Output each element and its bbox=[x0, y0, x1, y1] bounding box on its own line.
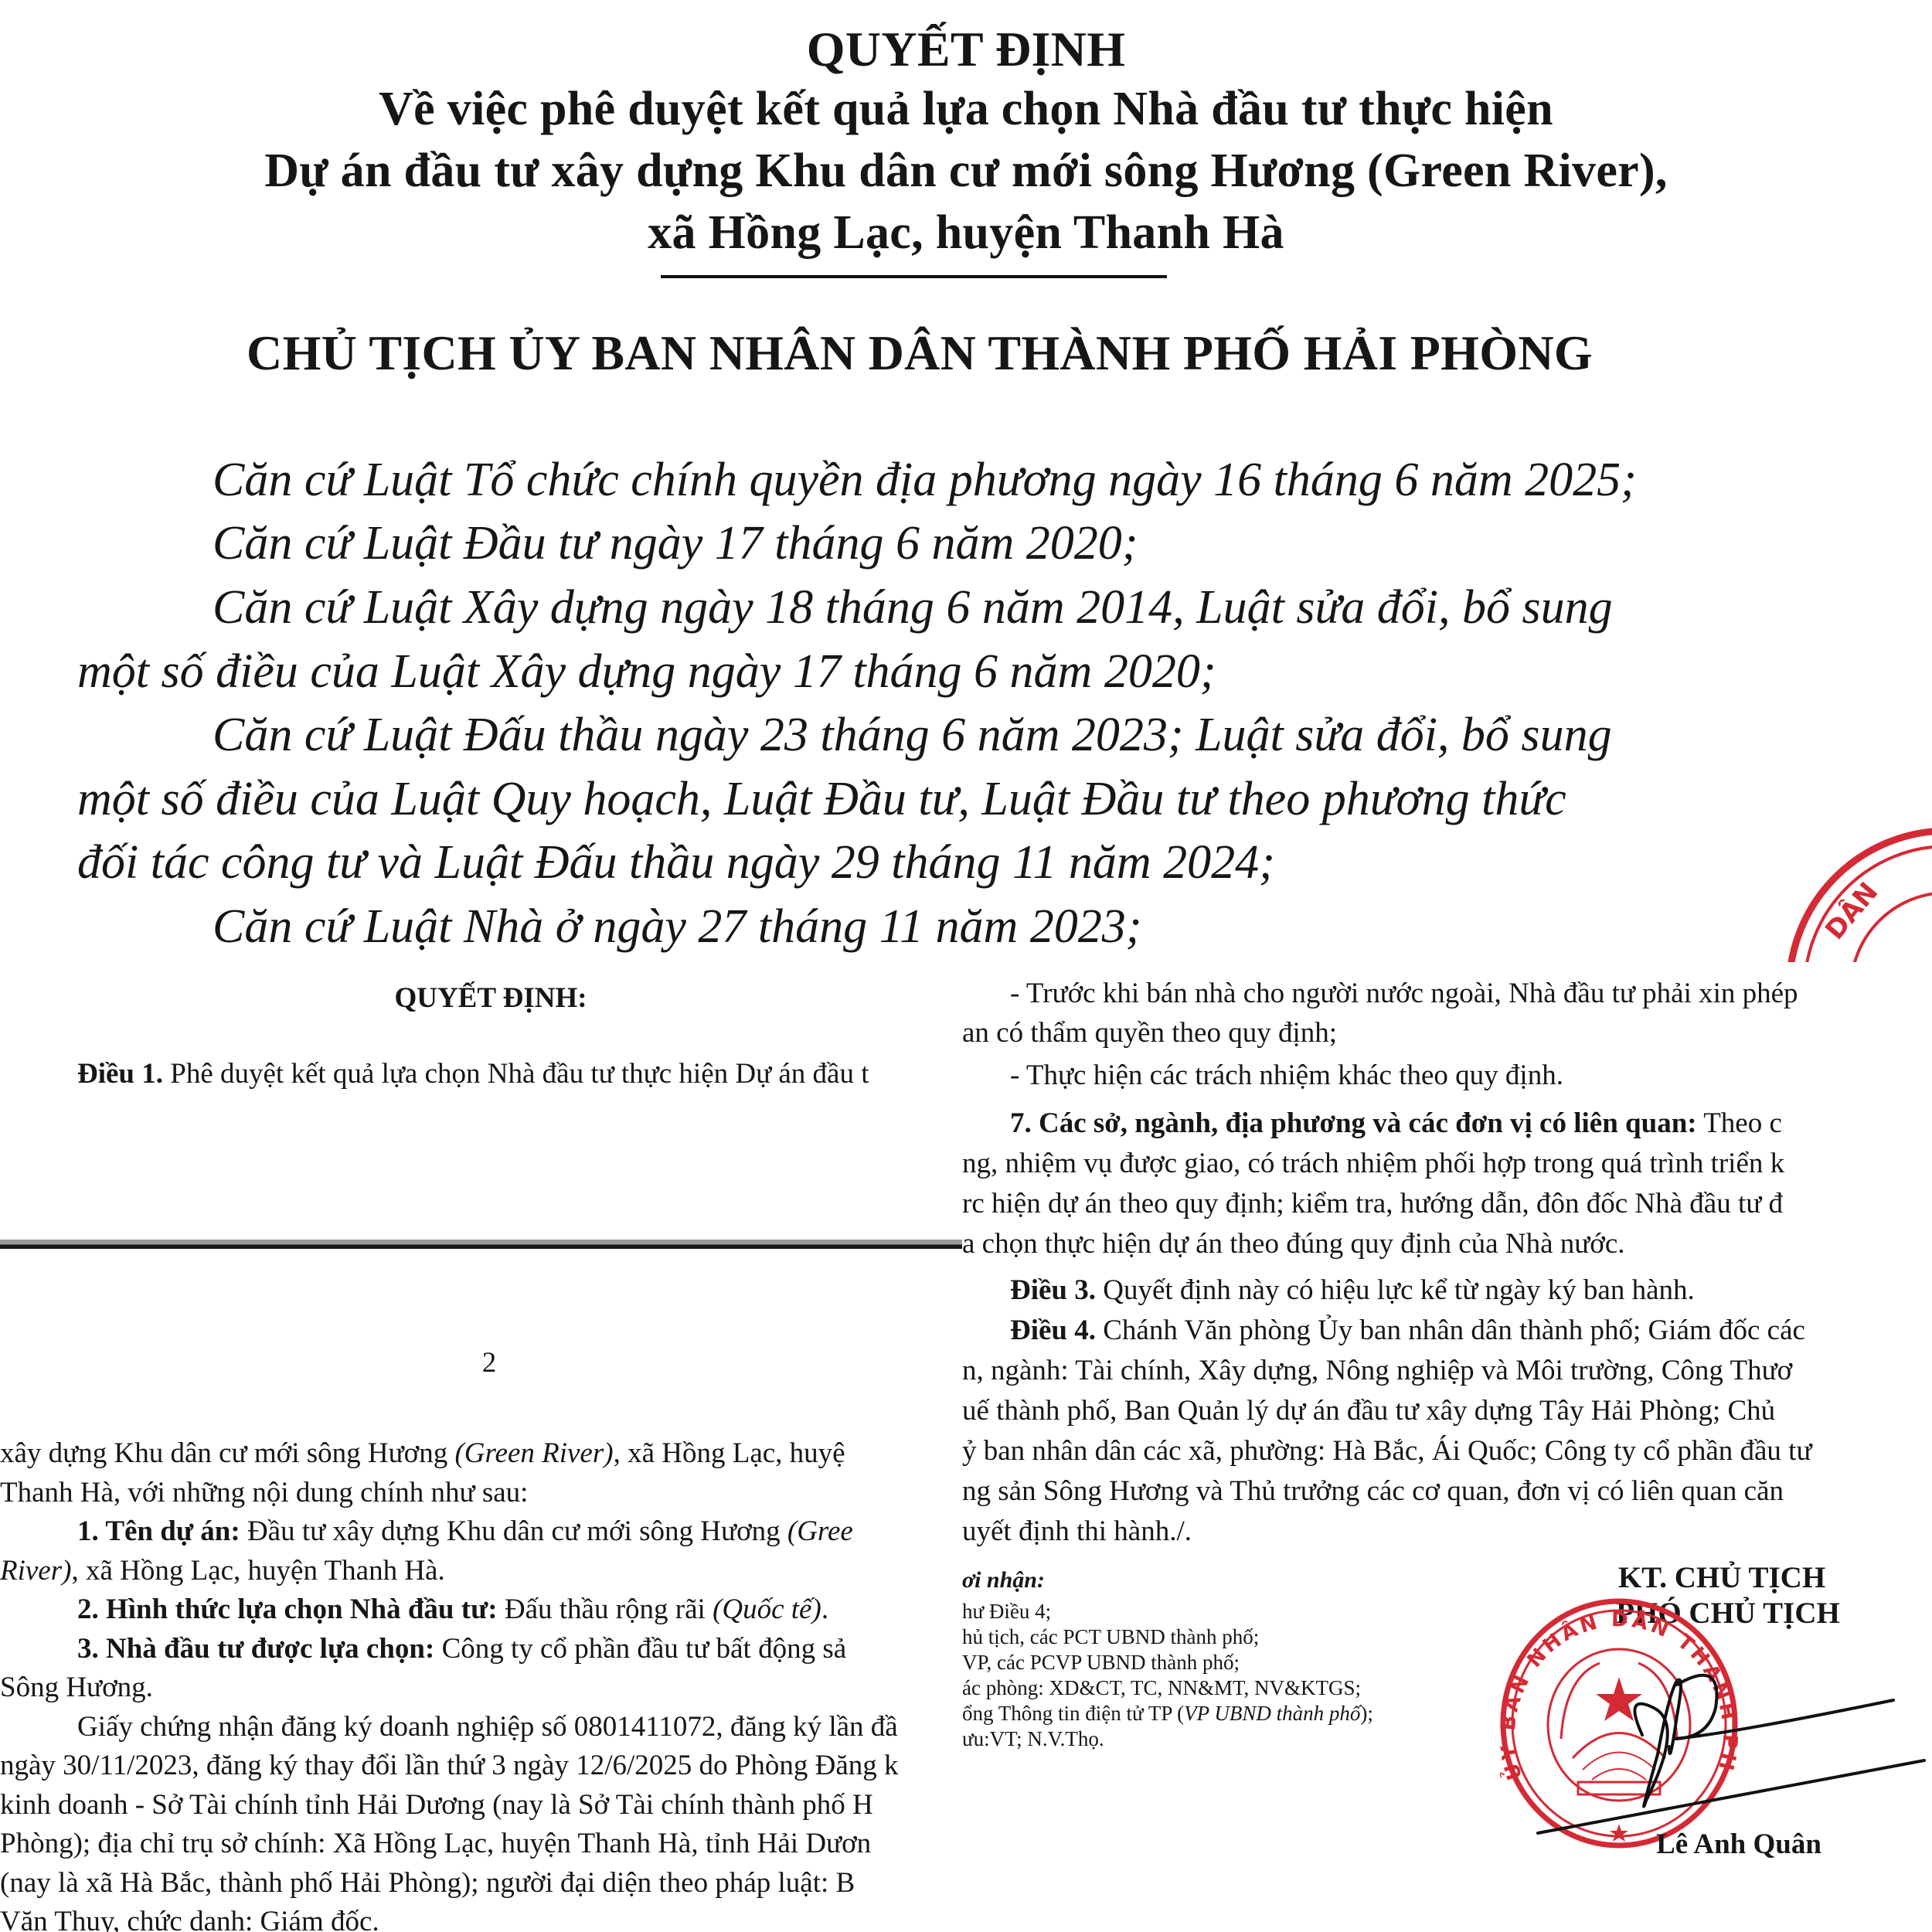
body-line: Điều 4. Chánh Văn phòng Ủy ban nhân dân … bbox=[1010, 1316, 1805, 1345]
body-line: ng sản Sông Hương và Thủ trưởng các cơ q… bbox=[962, 1477, 1784, 1505]
recipient-item: VP, các PCVP UBND thành phố; bbox=[962, 1652, 1240, 1673]
body-line: 1. Tên dự án: Đầu tư xây dựng Khu dân cư… bbox=[77, 1517, 853, 1546]
issuing-authority: CHỦ TỊCH ỦY BAN NHÂN DÂN THÀNH PHỐ HẢI P… bbox=[247, 328, 1593, 378]
body-line: ngày 30/11/2023, đăng ký thay đổi lần th… bbox=[0, 1751, 899, 1780]
document-title: QUYẾT ĐỊNH bbox=[807, 25, 1126, 74]
recipient-item: hư Điều 4; bbox=[962, 1601, 1051, 1622]
recipients-heading: ơi nhận: bbox=[962, 1569, 1045, 1592]
title-underline bbox=[661, 275, 1167, 278]
body-line: - Trước khi bán nhà cho người nước ngoài… bbox=[1010, 979, 1798, 1008]
body-line: 7. Các sở, ngành, địa phương và các đơn … bbox=[1010, 1109, 1782, 1138]
legal-basis-4-cont-2: đối tác công tư và Luật Đấu thầu ngày 29… bbox=[77, 838, 1275, 886]
body-line: Sông Hương. bbox=[0, 1673, 153, 1702]
body-line: - Thực hiện các trách nhiệm khác theo qu… bbox=[1010, 1061, 1563, 1090]
body-line: (nay là xã Hà Bắc, thành phố Hải Phòng);… bbox=[0, 1869, 855, 1897]
body-line: Điều 3. Quyết định này có hiệu lực kể từ… bbox=[1010, 1276, 1695, 1304]
body-line: uế thành phố, Ban Quản lý dự án đầu tư x… bbox=[962, 1396, 1775, 1425]
legal-basis-4-cont-1: một số điều của Luật Quy hoạch, Luật Đầu… bbox=[77, 775, 1566, 823]
article-1-label: Điều 1. bbox=[77, 1058, 163, 1090]
body-line: n, ngành: Tài chính, Xây dựng, Nông nghi… bbox=[962, 1356, 1792, 1385]
subtitle-line-3: xã Hồng Lạc, huyện Thanh Hà bbox=[648, 209, 1284, 257]
article-1-text: Phê duyệt kết quả lựa chọn Nhà đầu tư th… bbox=[170, 1058, 869, 1090]
legal-basis-3-cont: một số điều của Luật Xây dựng ngày 17 th… bbox=[77, 648, 1216, 696]
legal-basis-3: Căn cứ Luật Xây dựng ngày 18 tháng 6 năm… bbox=[213, 583, 1613, 631]
official-stamp-partial-icon: DÂN bbox=[1754, 819, 1932, 966]
body-line: Văn Thụy, chức danh: Giám đốc. bbox=[0, 1907, 379, 1932]
article-1: Điều 1. Phê duyệt kết quả lựa chọn Nhà đ… bbox=[77, 1060, 869, 1088]
body-line: Giấy chứng nhận đăng ký doanh nghiệp số … bbox=[77, 1713, 898, 1741]
recipient-item: ổng Thông tin điện tử TP (VP UBND thành … bbox=[962, 1703, 1373, 1724]
signature-title-1: KT. CHỦ TỊCH bbox=[1618, 1563, 1825, 1593]
body-line: River), xã Hồng Lạc, huyện Thanh Hà. bbox=[0, 1556, 445, 1585]
legal-basis-4: Căn cứ Luật Đấu thầu ngày 23 tháng 6 năm… bbox=[213, 711, 1612, 759]
subtitle-line-2: Dự án đầu tư xây dựng Khu dân cư mới sôn… bbox=[264, 147, 1667, 195]
recipient-item: ác phòng: XD&CT, TC, NN&MT, NV&KTGS; bbox=[962, 1678, 1361, 1699]
body-line: xây dựng Khu dân cư mới sông Hương (Gree… bbox=[0, 1439, 845, 1468]
body-line: rc hiện dự án theo quy định; kiểm tra, h… bbox=[962, 1189, 1783, 1218]
body-line: Phòng); địa chỉ trụ sở chính: Xã Hồng Lạ… bbox=[0, 1829, 871, 1858]
body-line: a chọn thực hiện dự án theo đúng quy địn… bbox=[962, 1230, 1625, 1258]
recipient-item: hủ tịch, các PCT UBND thành phố; bbox=[962, 1627, 1259, 1648]
page-right-fragment: - Trước khi bán nhà cho người nước ngoài… bbox=[962, 962, 1932, 1557]
legal-basis-2: Căn cứ Luật Đầu tư ngày 17 tháng 6 năm 2… bbox=[213, 519, 1138, 567]
body-line: 2. Hình thức lựa chọn Nhà đầu tư: Đấu th… bbox=[77, 1595, 828, 1624]
body-line: an có thẩm quyền theo quy định; bbox=[962, 1019, 1337, 1047]
body-line: kinh doanh - Sở Tài chính tỉnh Hải Dương… bbox=[0, 1791, 873, 1819]
signature-icon bbox=[1530, 1662, 1932, 1855]
page-divider bbox=[0, 1240, 964, 1249]
page1-fragment: QUYẾT ĐỊNH: Điều 1. Phê duyệt kết quả lự… bbox=[0, 962, 964, 1252]
body-line: 3. Nhà đầu tư được lựa chọn: Công ty cổ … bbox=[77, 1634, 846, 1663]
body-line: ng, nhiệm vụ được giao, có trách nhiệm p… bbox=[962, 1149, 1784, 1178]
body-line: ỷ ban nhân dân các xã, phường: Hà Bắc, Á… bbox=[962, 1437, 1812, 1465]
body-line: Thanh Hà, với những nội dung chính như s… bbox=[0, 1478, 528, 1507]
body-line: uyết định thi hành./. bbox=[962, 1517, 1192, 1546]
subtitle-line-1: Về việc phê duyệt kết quả lựa chọn Nhà đ… bbox=[379, 85, 1553, 133]
legal-basis-1: Căn cứ Luật Tổ chức chính quyền địa phươ… bbox=[213, 456, 1637, 504]
signer-name: Lê Anh Quân bbox=[1656, 1830, 1821, 1859]
page-number: 2 bbox=[482, 1349, 497, 1377]
decision-heading: QUYẾT ĐỊNH: bbox=[394, 984, 587, 1012]
legal-basis-5: Căn cứ Luật Nhà ở ngày 27 tháng 11 năm 2… bbox=[213, 903, 1141, 951]
recipient-item: ưu:VT; N.V.Thọ. bbox=[962, 1729, 1104, 1750]
